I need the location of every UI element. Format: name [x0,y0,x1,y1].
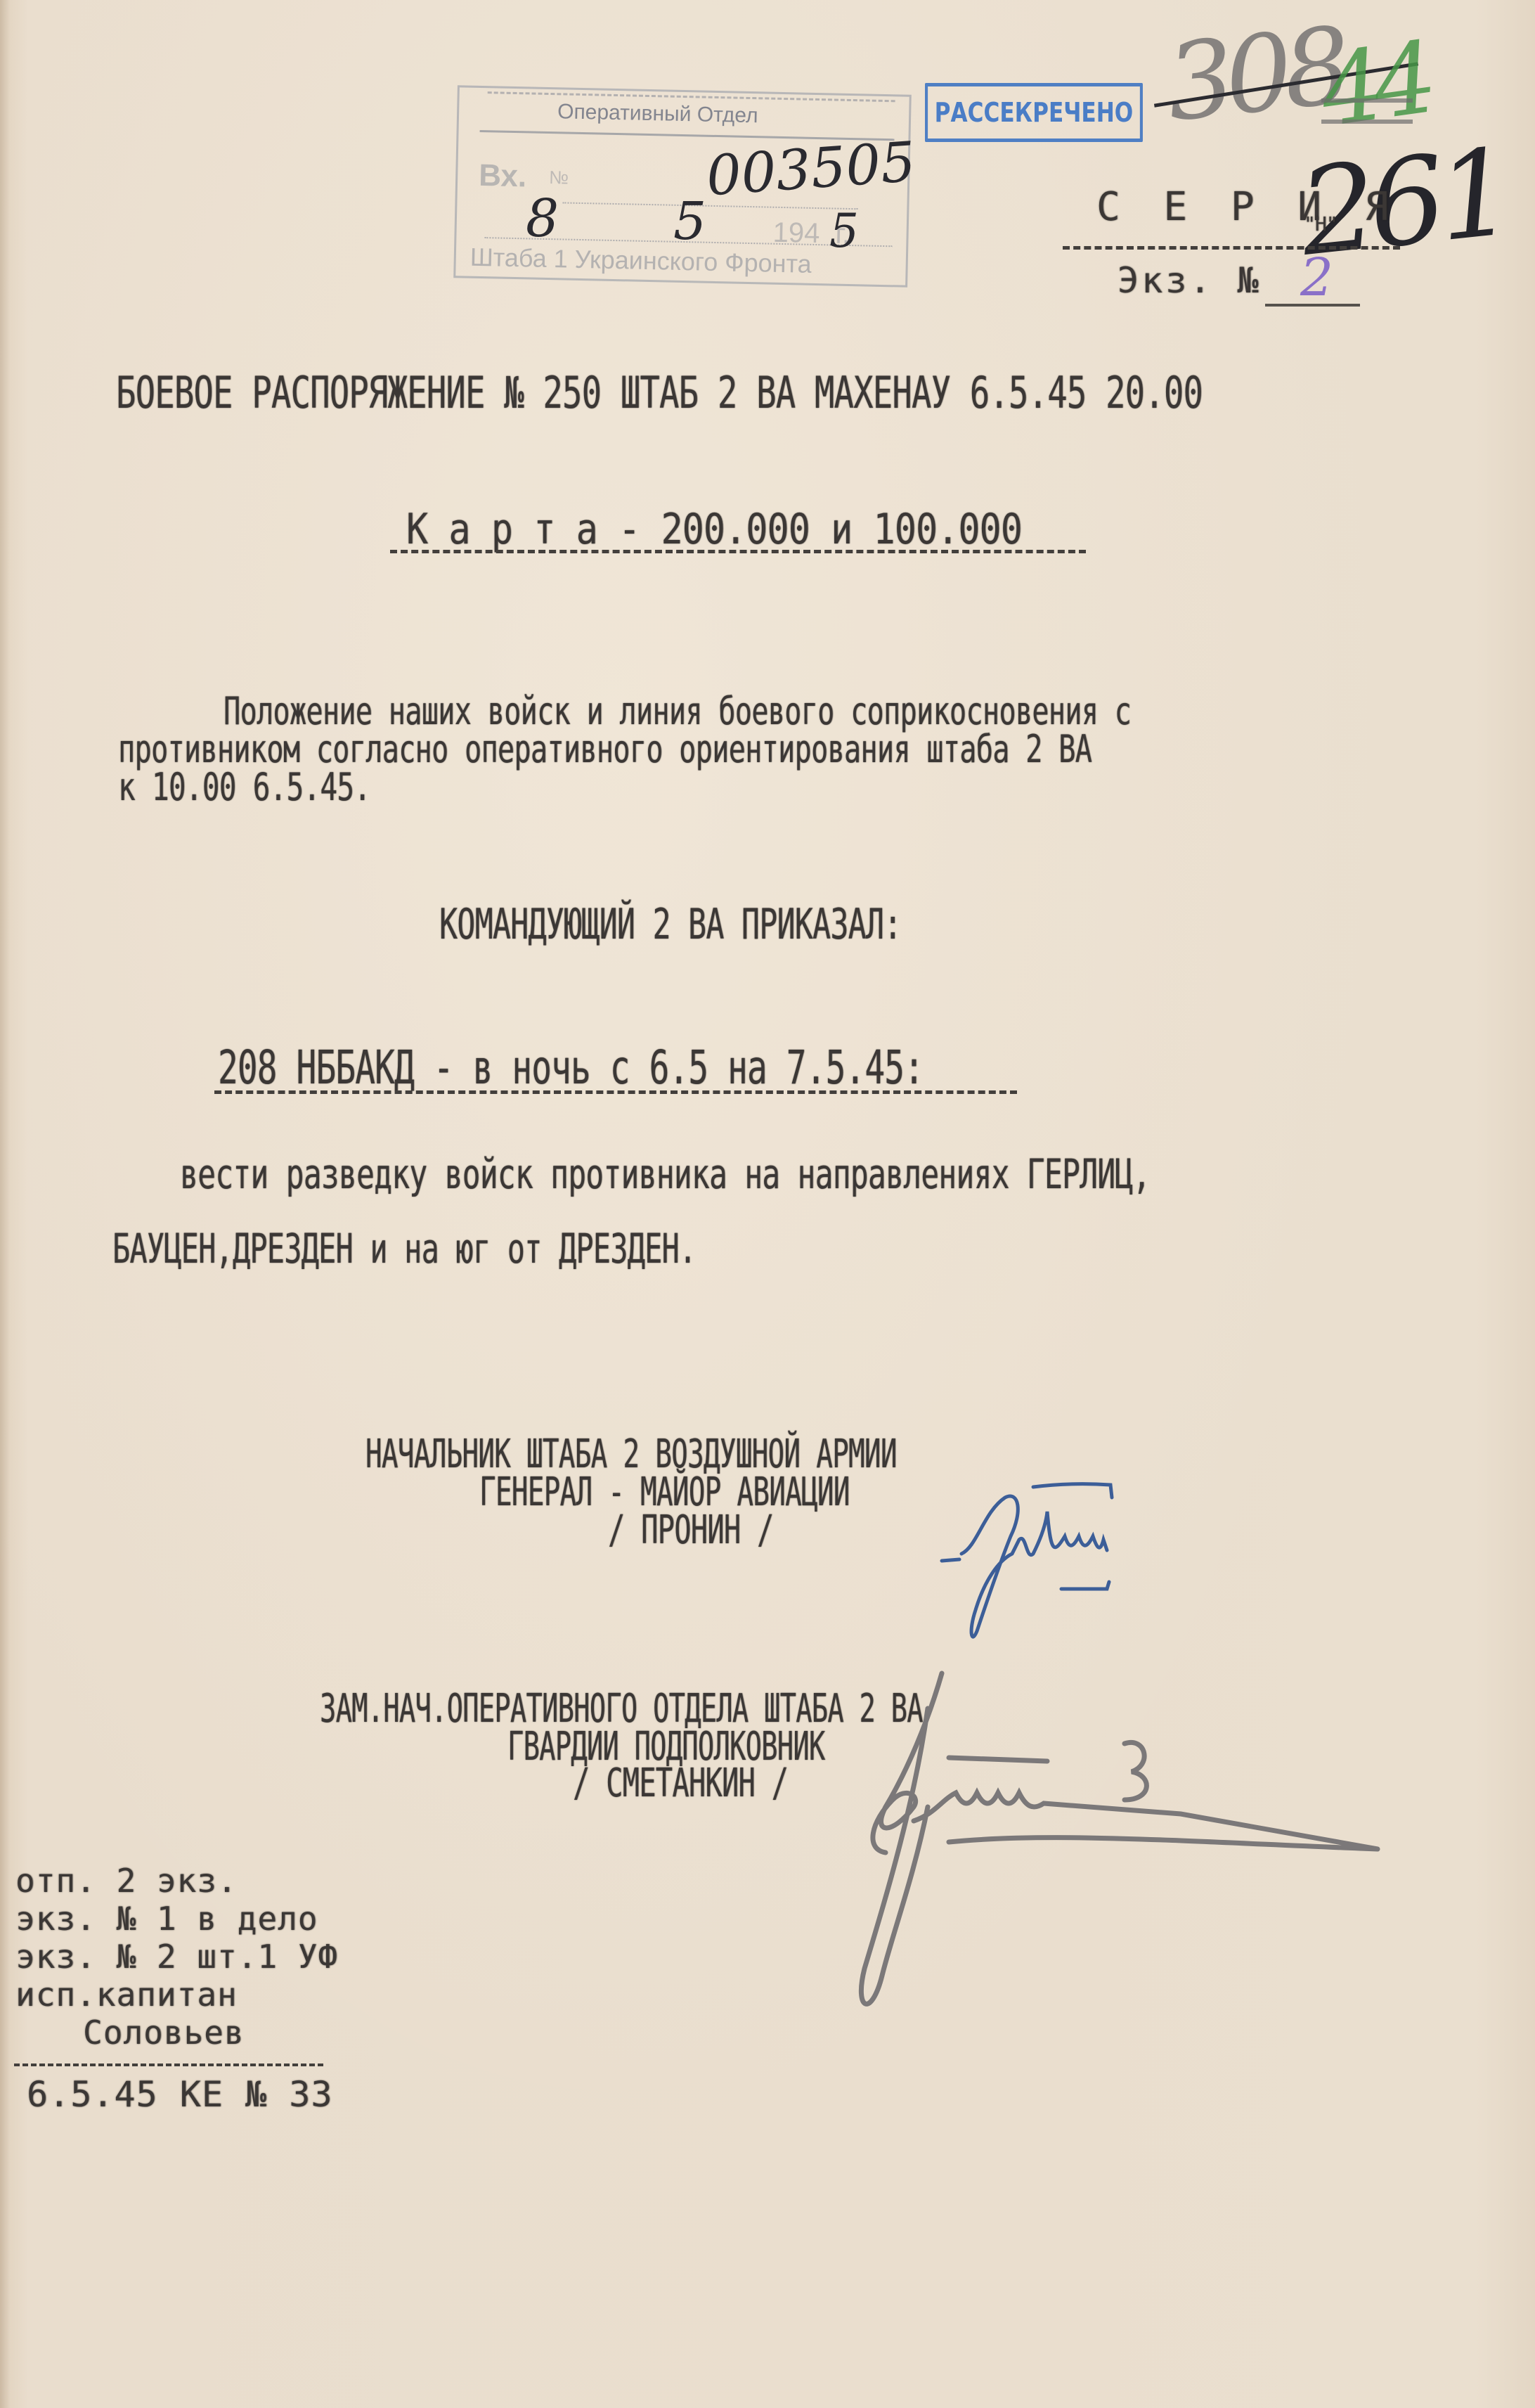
typist-footer: 6.5.45 КЕ № 33 [27,2074,332,2115]
commander-ordered-heading: КОМАНДУЮЩИЙ 2 ВА ПРИКАЗАЛ: [439,900,902,949]
stamp-footer: Штаба 1 Украинского Фронта [469,243,812,279]
executor-rank: исп.капитан [15,1976,238,2014]
stamp-handwritten-year: 5 [829,204,859,258]
distribution-rule [14,2063,323,2066]
declassified-stamp-text: РАССЕКРЕЧЕНО [935,97,1134,128]
order-title: БОЕВОЕ РАСПОРЯЖЕНИЕ № 250 ШТАБ 2 ВА МАХЕ… [116,367,1203,418]
order-text-line-1: вести разведку войск противника на напра… [180,1150,1151,1198]
signatory-2-name: / СМЕТАНКИН / [573,1760,788,1806]
distribution-copies: отп. 2 экз. [15,1862,238,1900]
archive-green-strike-1 [1321,98,1413,103]
stamp-handwritten-month: 5 [673,191,706,252]
archive-green-strike-2 [1321,120,1413,124]
unit-line-underline [214,1090,1017,1094]
map-scale-line: К а р т а - 200.000 и 100.000 [406,505,1022,554]
series-label: С Е Р И Я [1096,184,1398,230]
series-value: "Н" [1304,212,1338,236]
distribution-copy-2: экз. № 2 шт.1 УФ [15,1938,338,1976]
signatory-1-name: / ПРОНИН / [608,1507,774,1553]
unit-task-heading: 208 НББАКД - в ночь с 6.5 на 7.5.45: [218,1041,924,1095]
stamp-handwritten-day: 8 [526,188,559,249]
stamp-number-label: № [549,167,569,189]
copy-label: Экз. № [1118,260,1262,301]
stamp-header: Оперативный Отдел [557,100,758,128]
archive-number-green: 44 [1314,21,1434,149]
declassified-stamp: РАССЕКРЕЧЕНО [925,83,1143,142]
copy-underline [1265,304,1360,307]
order-text-line-2: БАУЦЕН,ДРЕЗДЕН и на юг от ДРЕЗДЕН. [112,1225,696,1273]
executor-name: Соловьев [83,2014,245,2052]
signature-pronin-icon [928,1469,1167,1652]
stamp-top-rule [488,91,895,102]
position-paragraph-line-3: к 10.00 6.5.45. [118,765,370,809]
distribution-copy-1: экз. № 1 в дело [15,1900,318,1938]
signature-smetankin-icon [843,1666,1434,2060]
stamp-vx-label: Вх. [479,158,527,194]
copy-value: 2 [1300,247,1333,308]
series-underline [1063,246,1400,250]
map-line-underline [390,550,1086,553]
